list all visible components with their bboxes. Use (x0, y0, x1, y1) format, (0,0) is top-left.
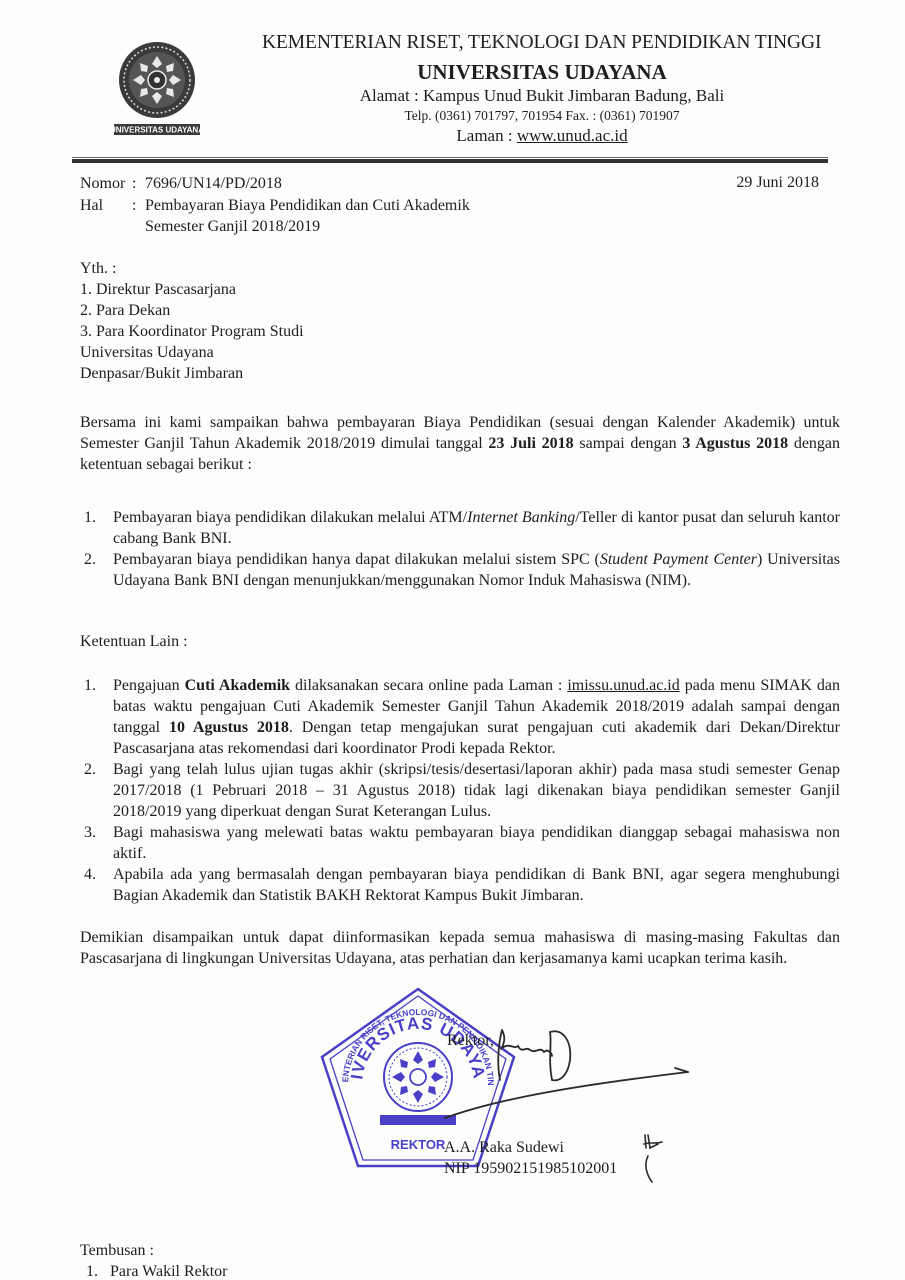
recipient-greeting: Yth. : (80, 258, 116, 279)
cc-heading: Tembusan : (80, 1240, 154, 1261)
hal-label: Hal (80, 195, 103, 216)
letterhead-divider (72, 157, 828, 163)
university-name: UNIVERSITAS UDAYANA (262, 60, 822, 85)
nomor-label: Nomor (80, 173, 125, 194)
recipient-item: 3. Para Koordinator Program Studi (80, 321, 304, 342)
other-rules-heading: Ketentuan Lain : (80, 631, 188, 652)
list-item: 4.Apabila ada yang bermasalah dengan pem… (80, 864, 840, 906)
intro-paragraph: Bersama ini kami sampaikan bahwa pembaya… (80, 412, 840, 475)
university-phone: Telp. (0361) 701797, 701954 Fax. : (0361… (262, 108, 822, 124)
university-logo-icon: UNIVERSITAS UDAYANA (112, 40, 202, 136)
initials-paraf-icon (640, 1130, 670, 1190)
list-item: 2.Pembayaran biaya pendidikan hanya dapa… (80, 549, 840, 591)
letter-date: 29 Juni 2018 (736, 174, 819, 192)
ministry-name: KEMENTERIAN RISET, TEKNOLOGI DAN PENDIDI… (262, 32, 862, 54)
nomor-colon: : (132, 173, 136, 194)
hal-value-line1: Pembayaran Biaya Pendidikan dan Cuti Aka… (145, 195, 470, 216)
payment-rules-list: 1.Pembayaran biaya pendidikan dilakukan … (80, 507, 840, 591)
imissu-link[interactable]: imissu.unud.ac.id (567, 677, 679, 694)
list-item: 3.Bagi mahasiswa yang melewati batas wak… (80, 822, 840, 864)
recipient-item: 2. Para Dekan (80, 300, 170, 321)
signatory-name: A.A. Raka Sudewi (444, 1137, 564, 1158)
closing-paragraph: Demikian disampaikan untuk dapat diinfor… (80, 927, 840, 969)
end-date: 3 Agustus 2018 (682, 435, 788, 452)
recipient-item: 1. Direktur Pascasarjana (80, 279, 236, 300)
svg-text:REKTOR: REKTOR (391, 1137, 446, 1152)
other-rules-list: 1.Pengajuan Cuti Akademik dilaksanakan s… (80, 675, 840, 906)
university-website: Laman : www.unud.ac.id (262, 126, 822, 146)
hal-value-line2: Semester Ganjil 2018/2019 (145, 216, 320, 237)
list-item: 1.Pembayaran biaya pendidikan dilakukan … (80, 507, 840, 549)
cc-item: 1. Para Wakil Rektor (86, 1261, 228, 1280)
website-link[interactable]: www.unud.ac.id (517, 126, 628, 145)
website-label: Laman : (456, 126, 516, 145)
start-date: 23 Juli 2018 (488, 435, 573, 452)
list-item: 1.Pengajuan Cuti Akademik dilaksanakan s… (80, 675, 840, 759)
recipient-location: Denpasar/Bukit Jimbaran (80, 363, 243, 384)
university-address: Alamat : Kampus Unud Bukit Jimbaran Badu… (262, 86, 822, 106)
hal-colon: : (132, 195, 136, 216)
handwritten-signature-icon (440, 1020, 690, 1130)
signatory-nip: NIP 195902151985102001 (444, 1158, 617, 1179)
svg-text:UNIVERSITAS UDAYANA: UNIVERSITAS UDAYANA (112, 126, 202, 135)
nomor-value: 7696/UN14/PD/2018 (145, 173, 282, 194)
list-item: 2.Bagi yang telah lulus ujian tugas akhi… (80, 759, 840, 822)
recipient-org: Universitas Udayana (80, 342, 214, 363)
